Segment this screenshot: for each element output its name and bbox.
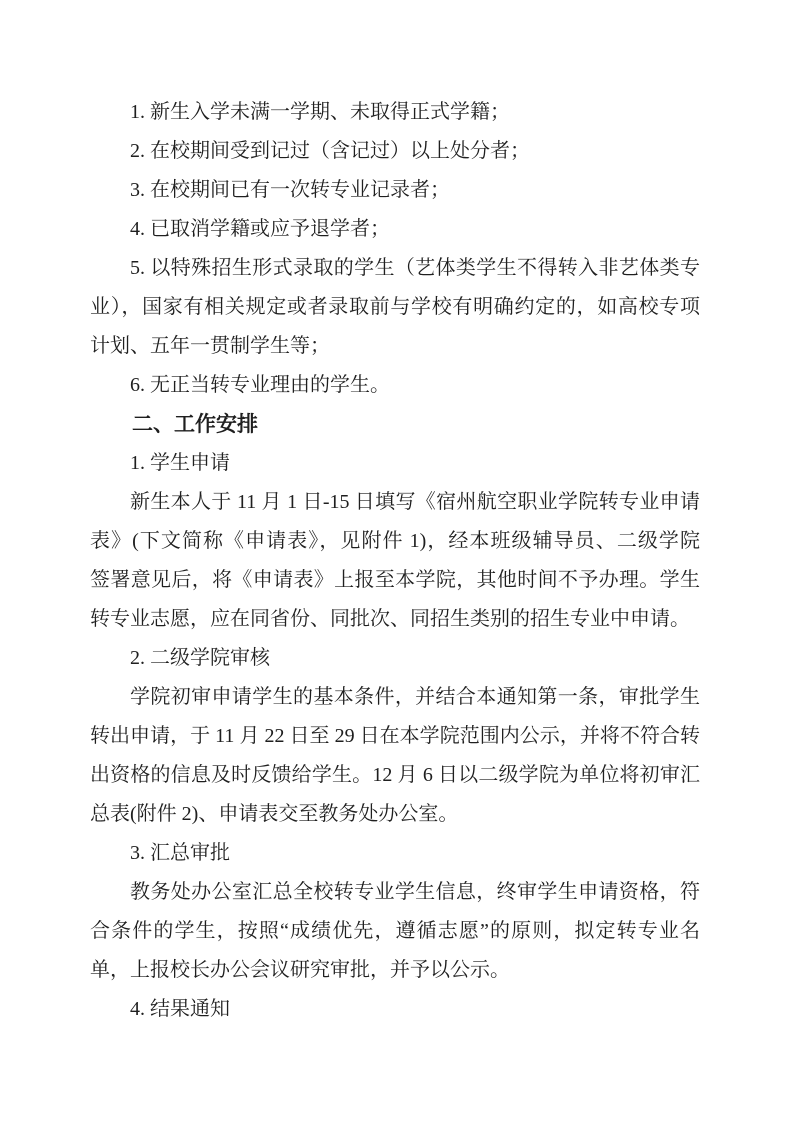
text-line: 4. 结果通知 <box>90 990 700 1029</box>
text-line: 2. 在校期间受到记过（含记过）以上处分者； <box>90 132 700 171</box>
list-item-3: 3. 在校期间已有一次转专业记录者； <box>90 171 700 210</box>
text-line: 教务处办公室汇总全校转专业学生信息，终审学生申请资格，符 <box>90 873 700 912</box>
text-line: 业），国家有相关规定或者录取前与学校有明确约定的，如高校专项 <box>90 288 700 327</box>
text-line: 签署意见后，将《申请表》上报至本学院，其他时间不予办理。学生 <box>90 561 700 600</box>
para-college-review: 学院初审申请学生的基本条件，并结合本通知第一条，审批学生 转出申请，于 11 月… <box>90 678 700 834</box>
list-item-1: 1. 新生入学未满一学期、未取得正式学籍； <box>90 93 700 132</box>
text-line: 表》(下文简称《申请表》，见附件 1)，经本班级辅导员、二级学院 <box>90 522 700 561</box>
text-line: 转专业志愿，应在同省份、同批次、同招生类别的招生专业中申请。 <box>90 600 700 639</box>
text-line: 1. 新生入学未满一学期、未取得正式学籍； <box>90 93 700 132</box>
text-line: 3. 汇总审批 <box>90 834 700 873</box>
text-line: 新生本人于 11 月 1 日-15 日填写《宿州航空职业学院转专业申请 <box>90 483 700 522</box>
step-title-result-notice: 4. 结果通知 <box>90 990 700 1029</box>
list-item-6: 6. 无正当转专业理由的学生。 <box>90 366 700 405</box>
text-line: 计划、五年一贯制学生等； <box>90 327 700 366</box>
text-line: 4. 已取消学籍或应予退学者； <box>90 210 700 249</box>
text-line: 转出申请，于 11 月 22 日至 29 日在本学院范围内公示，并将不符合转 <box>90 717 700 756</box>
text-line: 总表(附件 2)、申请表交至教务处办公室。 <box>90 795 700 834</box>
text-line: 合条件的学生，按照“成绩优先，遵循志愿”的原则，拟定转专业名 <box>90 912 700 951</box>
text-line: 1. 学生申请 <box>90 444 700 483</box>
text-content-area: 1. 新生入学未满一学期、未取得正式学籍； 2. 在校期间受到记过（含记过）以上… <box>90 93 700 1029</box>
step-title-college-review: 2. 二级学院审核 <box>90 639 700 678</box>
document-page: 1. 新生入学未满一学期、未取得正式学籍； 2. 在校期间受到记过（含记过）以上… <box>0 0 793 1122</box>
text-line: 二、工作安排 <box>90 405 700 444</box>
text-line: 5. 以特殊招生形式录取的学生（艺体类学生不得转入非艺体类专 <box>90 249 700 288</box>
list-item-5: 5. 以特殊招生形式录取的学生（艺体类学生不得转入非艺体类专 业），国家有相关规… <box>90 249 700 366</box>
list-item-4: 4. 已取消学籍或应予退学者； <box>90 210 700 249</box>
para-student-application: 新生本人于 11 月 1 日-15 日填写《宿州航空职业学院转专业申请 表》(下… <box>90 483 700 639</box>
text-line: 单，上报校长办公会议研究审批，并予以公示。 <box>90 951 700 990</box>
text-line: 2. 二级学院审核 <box>90 639 700 678</box>
step-title-student-application: 1. 学生申请 <box>90 444 700 483</box>
text-line: 学院初审申请学生的基本条件，并结合本通知第一条，审批学生 <box>90 678 700 717</box>
para-summary-approval: 教务处办公室汇总全校转专业学生信息，终审学生申请资格，符 合条件的学生，按照“成… <box>90 873 700 990</box>
text-line: 出资格的信息及时反馈给学生。12 月 6 日以二级学院为单位将初审汇 <box>90 756 700 795</box>
step-title-summary-approval: 3. 汇总审批 <box>90 834 700 873</box>
list-item-2: 2. 在校期间受到记过（含记过）以上处分者； <box>90 132 700 171</box>
section-heading-work-arrangement: 二、工作安排 <box>90 405 700 444</box>
text-line: 6. 无正当转专业理由的学生。 <box>90 366 700 405</box>
text-line: 3. 在校期间已有一次转专业记录者； <box>90 171 700 210</box>
